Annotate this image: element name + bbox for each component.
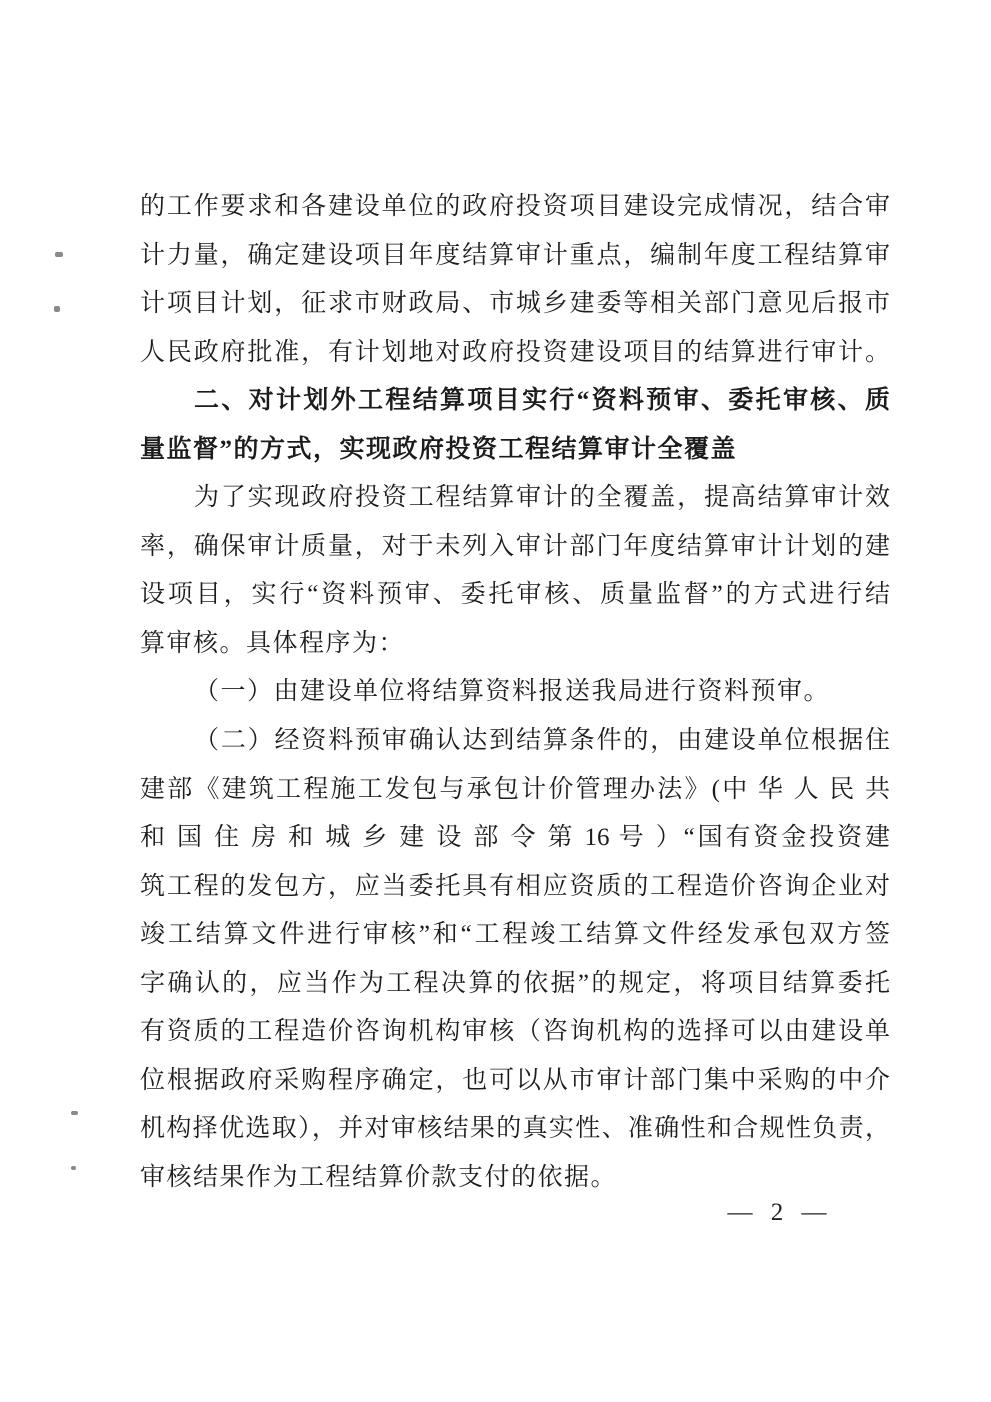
text-line: 有资质的工程造价咨询机构审核（咨询机构的选择可以由建设单 [140,1008,890,1057]
scan-speck [55,252,63,257]
text-line: 位根据政府采购程序确定，也可以从市审计部门集中采购的中介 [140,1057,890,1106]
scan-speck [54,306,60,312]
text-line: 机构择优选取），并对审核结果的真实性、准确性和合规性负责， [140,1105,890,1154]
text-line: 竣工结算文件进行审核”和“工程竣工结算文件经发承包双方签 [140,911,890,960]
page-number: — 2 — [720,1193,840,1233]
text-line: 字确认的，应当作为工程决算的依据”的规定，将项目结算委托 [140,960,890,1009]
text-line: 和 国 住 房 和 城 乡 建 设 部 令 第 16 号 ）“国有资金投资建 [140,814,890,863]
document-body: 的工作要求和各建设单位的政府投资项目建设完成情况，结合审计力量，确定建设项目年度… [140,183,890,1202]
section-heading-line: 量监督”的方式，实现政府投资工程结算审计全覆盖 [140,426,890,475]
text-line: 建部《建筑工程施工发包与承包计价管理办法》(中 华 人 民 共 [140,766,890,815]
section-heading-line: 二、对计划外工程结算项目实行“资料预审、委托审核、质 [140,377,890,426]
text-line: 人民政府批准，有计划地对政府投资建设项目的结算进行审计。 [140,329,890,378]
text-line: 算审核。具体程序为： [140,620,890,669]
scan-speck [71,1111,78,1115]
text-line: 为了实现政府投资工程结算审计的全覆盖，提高结算审计效 [140,474,890,523]
text-line: 的工作要求和各建设单位的政府投资项目建设完成情况，结合审 [140,183,890,232]
text-line: 筑工程的发包方，应当委托具有相应资质的工程造价咨询企业对 [140,863,890,912]
text-line: 计项目计划，征求市财政局、市城乡建委等相关部门意见后报市 [140,280,890,329]
text-line: （一）由建设单位将结算资料报送我局进行资料预审。 [140,668,890,717]
text-line: （二）经资料预审确认达到结算条件的，由建设单位根据住 [140,717,890,766]
text-line: 设项目，实行“资料预审、委托审核、质量监督”的方式进行结 [140,571,890,620]
text-line: 率，确保审计质量，对于未列入审计部门年度结算审计计划的建 [140,523,890,572]
scan-speck [71,1166,76,1170]
text-line: 计力量，确定建设项目年度结算审计重点，编制年度工程结算审 [140,232,890,281]
scanned-document-page: 的工作要求和各建设单位的政府投资项目建设完成情况，结合审计力量，确定建设项目年度… [0,0,991,1402]
